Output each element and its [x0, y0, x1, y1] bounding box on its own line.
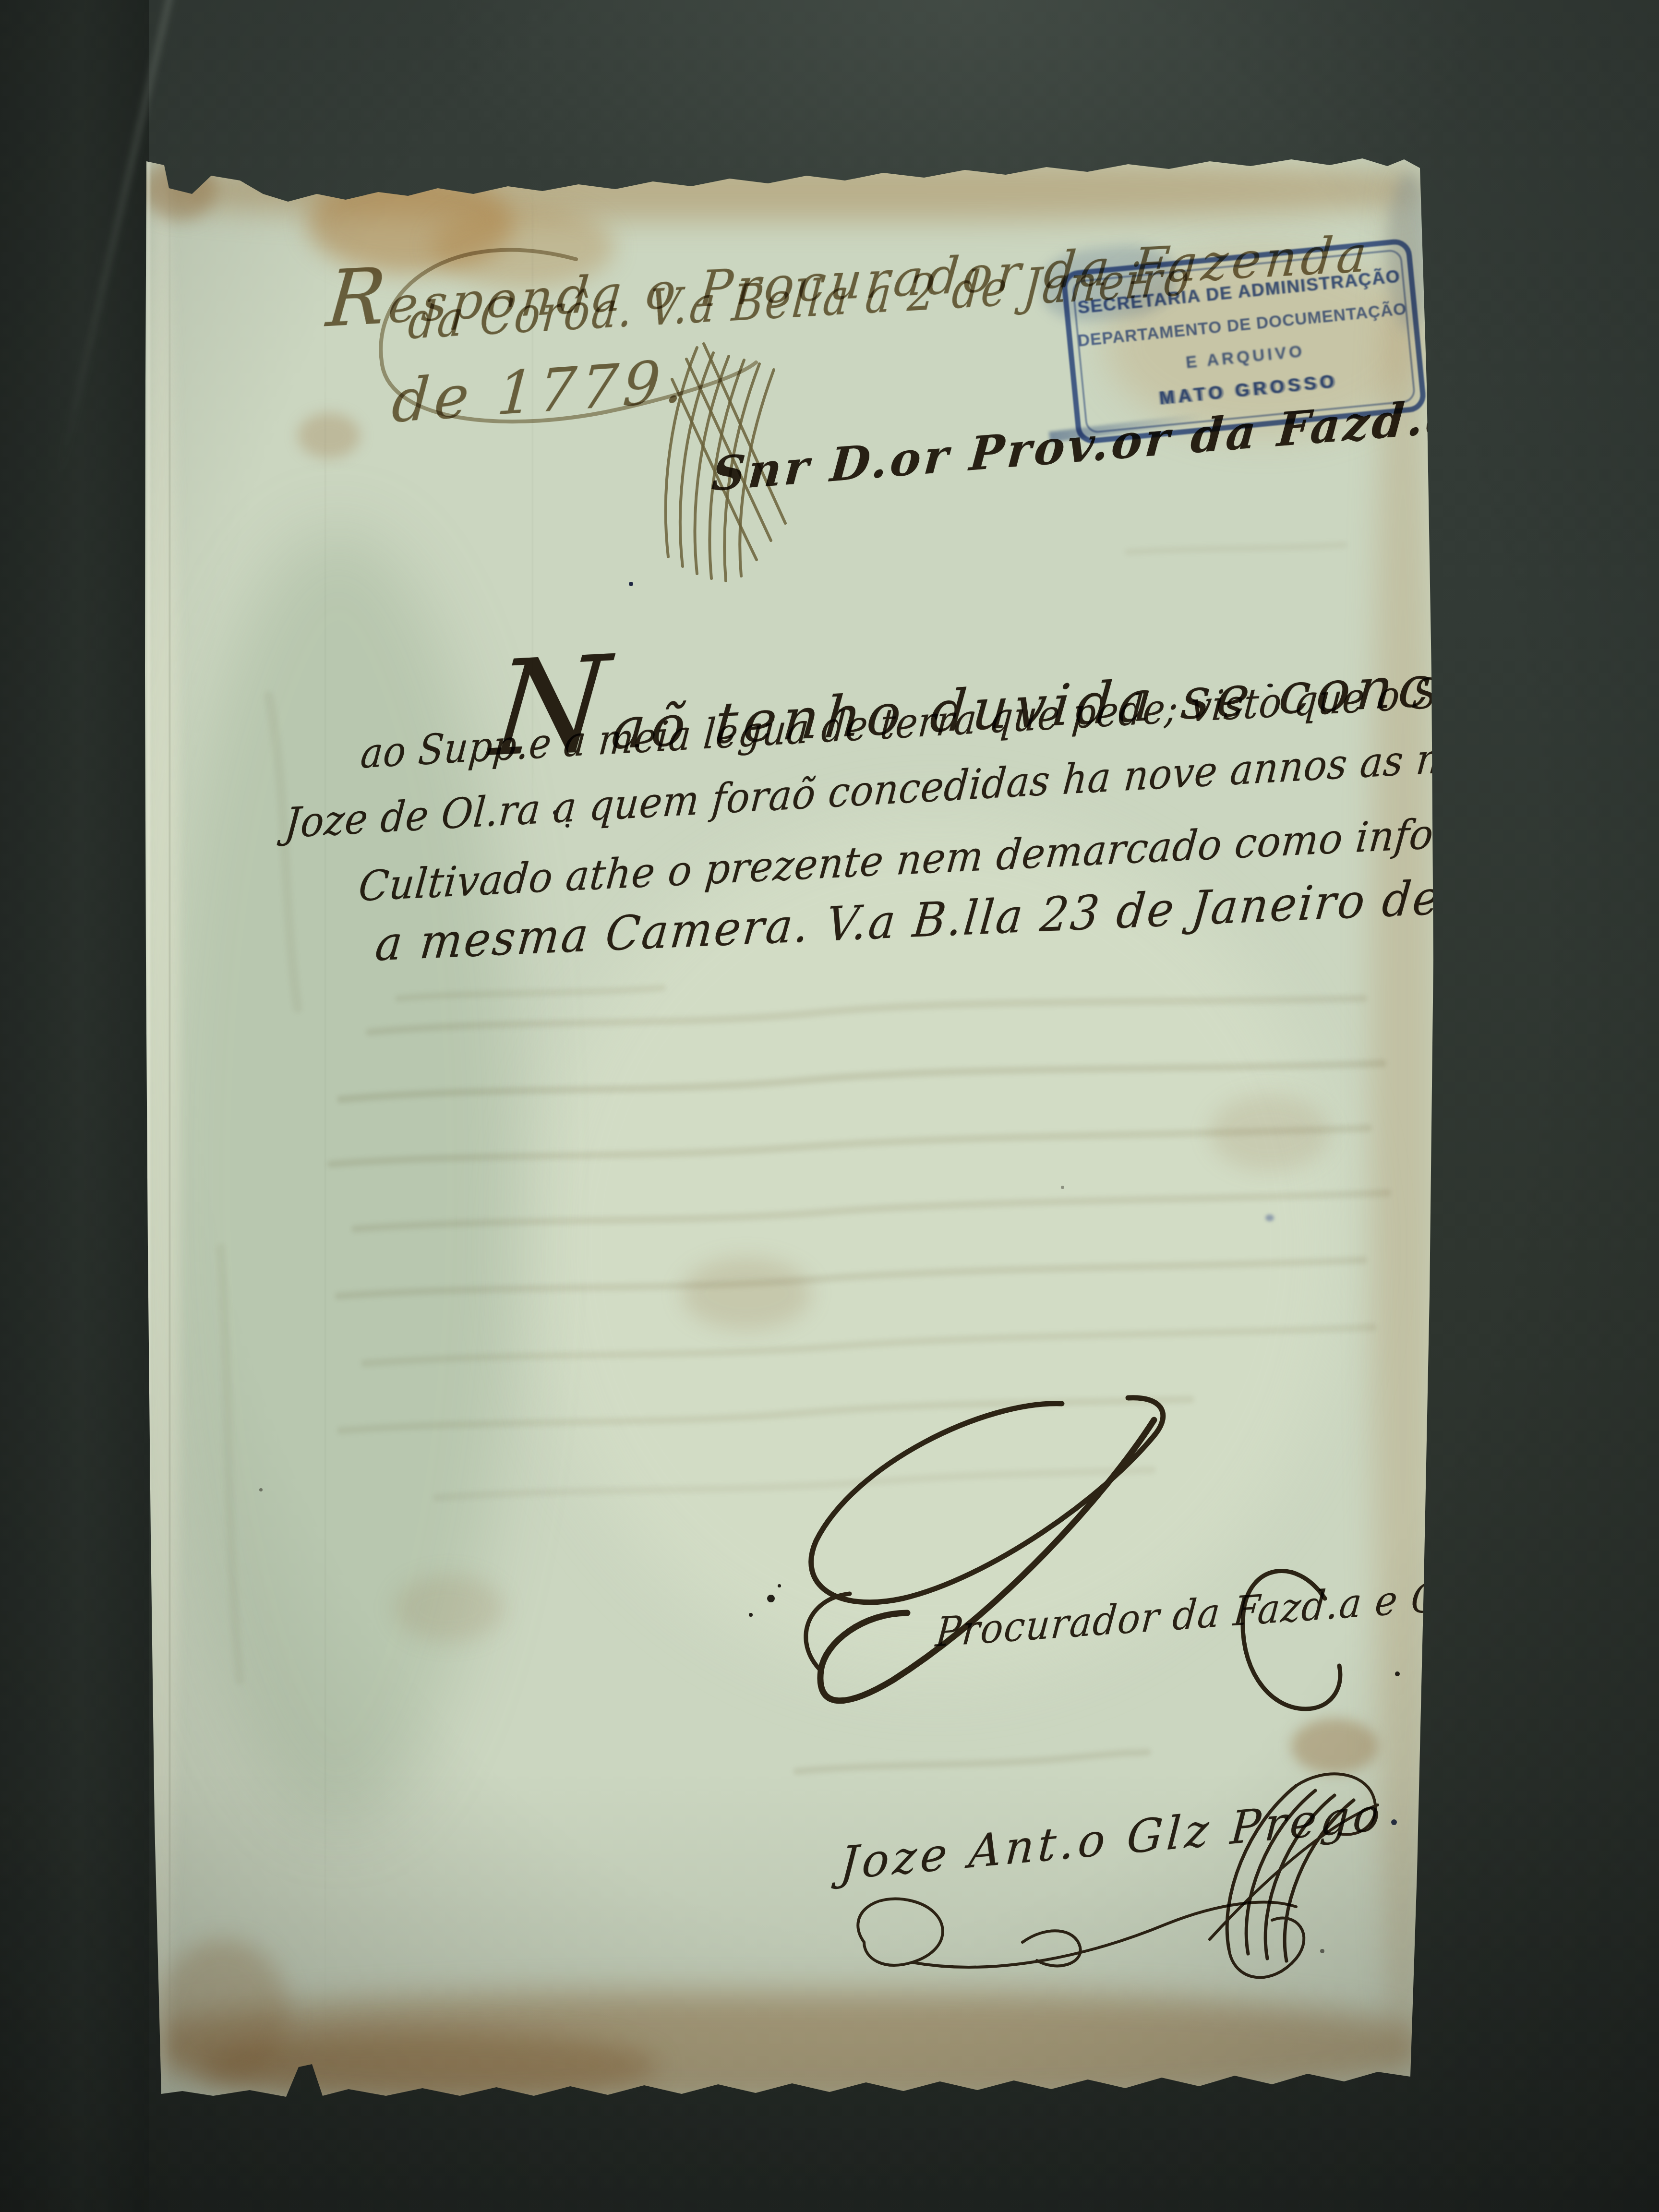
- signature-underline-flourish-icon: [0, 0, 1659, 2212]
- ink-speck: [1061, 1186, 1064, 1189]
- document-page: Responda o Procurador da Fazenda da Corô…: [0, 0, 1659, 2212]
- ink-splatter: [778, 1584, 781, 1587]
- ink-speck: [1391, 1819, 1397, 1825]
- ink-splatter: [767, 1595, 775, 1602]
- photo-canvas: Responda o Procurador da Fazenda da Corô…: [0, 0, 1659, 2212]
- ink-speck: [629, 582, 633, 586]
- ink-speck: [344, 181, 351, 189]
- ink-speck: [1320, 1949, 1324, 1953]
- flourish-stroke: [912, 1902, 1296, 1967]
- ink-speck: [553, 810, 558, 815]
- ink-speck: [565, 824, 569, 828]
- backdrop-left-fold-area: [0, 0, 149, 2212]
- ink-speck: [1267, 684, 1273, 687]
- flourish-stroke: [858, 1899, 943, 1965]
- ink-speck: [1395, 1671, 1400, 1676]
- ink-smudge: [1265, 1214, 1274, 1221]
- ink-speck: [1275, 706, 1279, 709]
- ink-speck: [259, 1488, 263, 1491]
- flourish-stroke: [1022, 1931, 1081, 1966]
- ink-splatter: [749, 1613, 753, 1617]
